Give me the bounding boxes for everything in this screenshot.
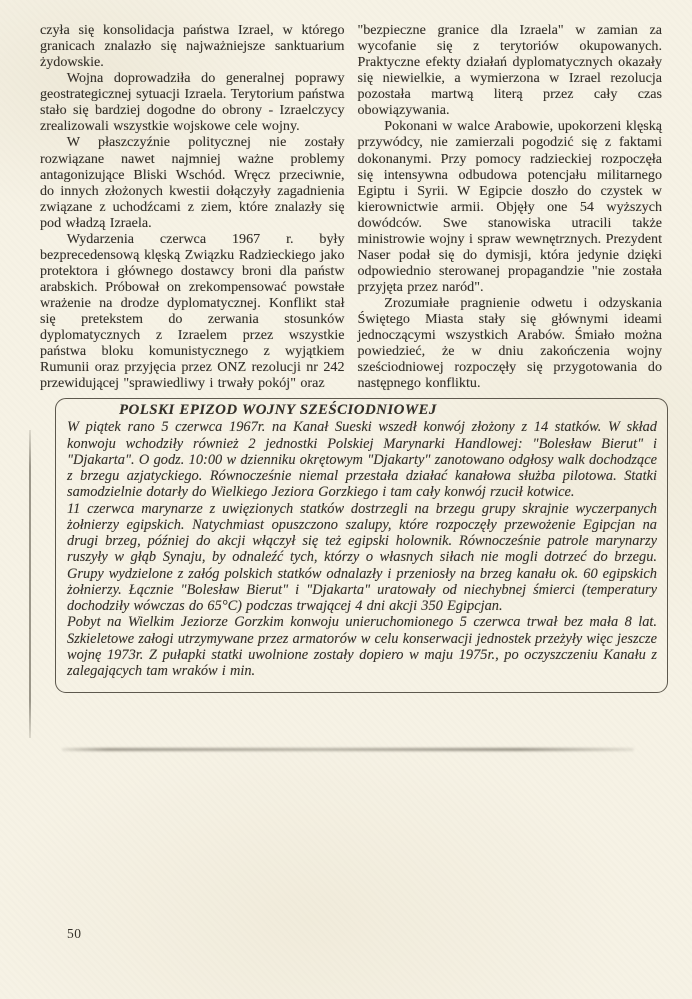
box-title: POLSKI EPIZOD WOJNY SZEŚCIODNIOWEJ xyxy=(67,402,657,419)
sidebar-box: POLSKI EPIZOD WOJNY SZEŚCIODNIOWEJ W pią… xyxy=(55,398,668,692)
box-paragraph: Pobyt na Wielkim Jeziorze Gorzkim konwoj… xyxy=(67,614,657,679)
paragraph: W płaszczyźnie politycznej nie zostały r… xyxy=(40,134,345,230)
box-paragraph: 11 czerwca marynarze z uwięzionych statk… xyxy=(67,501,657,615)
box-paragraph: W piątek rano 5 czerwca 1967r. na Kanał … xyxy=(67,419,657,500)
paragraph: Zrozumiałe pragnienie odwetu i odzyskani… xyxy=(358,295,663,391)
paragraph: Pokonani w walce Arabowie, upokorzeni kl… xyxy=(358,118,663,295)
left-column: czyła się konsolidacja państwa Izrael, w… xyxy=(40,22,345,391)
right-column: "bezpieczne granice dla Izraela" w zamia… xyxy=(358,22,663,391)
paragraph: Wydarzenia czerwca 1967 r. były bezprece… xyxy=(40,231,345,392)
page-number: 50 xyxy=(67,926,82,942)
two-column-text: czyła się konsolidacja państwa Izrael, w… xyxy=(0,0,692,391)
scan-artifact-line-left xyxy=(29,430,31,738)
scan-artifact-line-bottom xyxy=(62,748,634,751)
paragraph: Wojna doprowadziła do generalnej poprawy… xyxy=(40,70,345,134)
paragraph: "bezpieczne granice dla Izraela" w zamia… xyxy=(358,22,663,118)
scanned-book-page: czyła się konsolidacja państwa Izrael, w… xyxy=(0,0,692,999)
paragraph: czyła się konsolidacja państwa Izrael, w… xyxy=(40,22,345,70)
